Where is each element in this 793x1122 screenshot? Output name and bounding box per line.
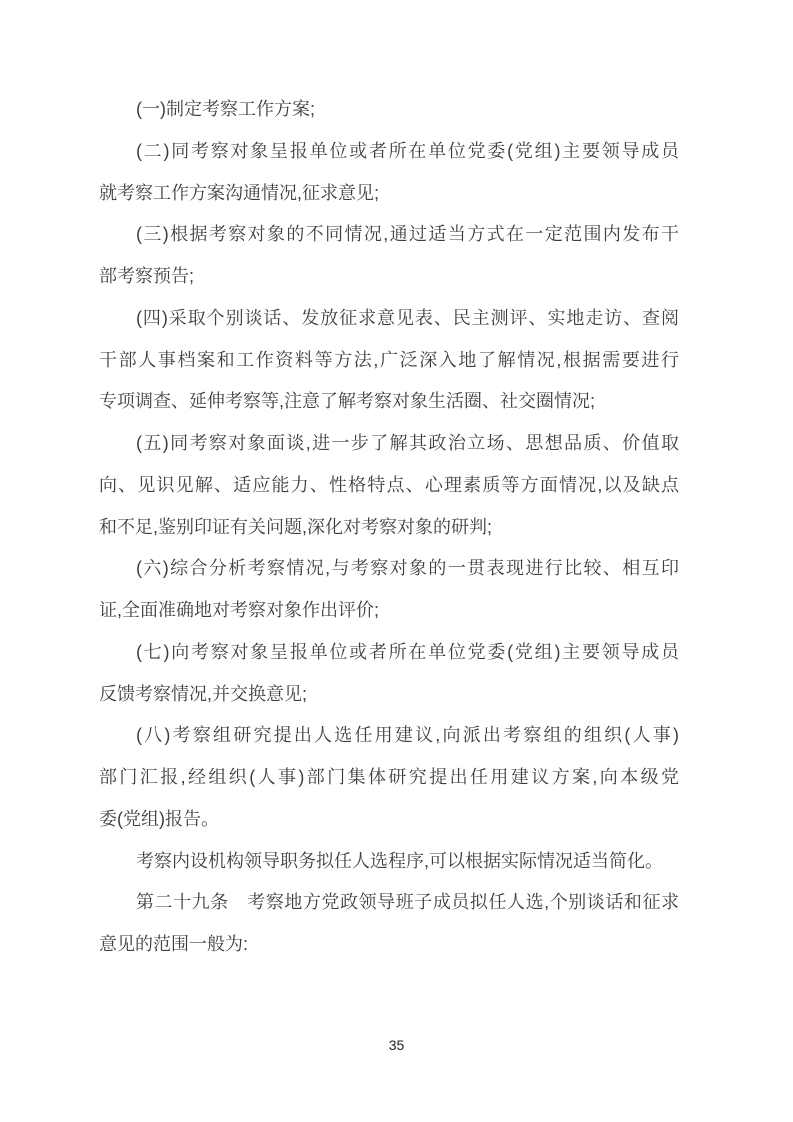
document-body: (一)制定考察工作方案;(二)同考察对象呈报单位或者所在单位党委(党组)主要领导… xyxy=(99,89,679,966)
paragraph: (三)根据考察对象的不同情况,通过适当方式在一定范围内发布干部考察预告; xyxy=(99,214,679,298)
text-line: (五)同考察对象面谈,进一步了解其政治立场、思想品质、价值取 xyxy=(99,423,679,465)
paragraph: 第二十九条 考察地方党政领导班子成员拟任人选,个别谈话和征求意见的范围一般为: xyxy=(99,882,679,966)
text-line: (八)考察组研究提出人选任用建议,向派出考察组的组织(人事) xyxy=(99,715,679,757)
paragraph: (六)综合分析考察情况,与考察对象的一贯表现进行比较、相互印证,全面准确地对考察… xyxy=(99,548,679,632)
text-line: (二)同考察对象呈报单位或者所在单位党委(党组)主要领导成员 xyxy=(99,131,679,173)
text-line: (六)综合分析考察情况,与考察对象的一贯表现进行比较、相互印 xyxy=(99,548,679,590)
paragraph: (二)同考察对象呈报单位或者所在单位党委(党组)主要领导成员就考察工作方案沟通情… xyxy=(99,131,679,215)
text-line: 部考察预告; xyxy=(99,256,679,298)
text-line: (三)根据考察对象的不同情况,通过适当方式在一定范围内发布干 xyxy=(99,214,679,256)
text-line: 部门汇报,经组织(人事)部门集体研究提出任用建议方案,向本级党 xyxy=(99,757,679,799)
paragraph: (八)考察组研究提出人选任用建议,向派出考察组的组织(人事)部门汇报,经组织(人… xyxy=(99,715,679,840)
text-line: (七)向考察对象呈报单位或者所在单位党委(党组)主要领导成员 xyxy=(99,632,679,674)
text-line: 意见的范围一般为: xyxy=(99,924,679,966)
text-line: (一)制定考察工作方案; xyxy=(99,89,679,131)
text-line: 专项调查、延伸考察等,注意了解考察对象生活圈、社交圈情况; xyxy=(99,381,679,423)
text-line: 干部人事档案和工作资料等方法,广泛深入地了解情况,根据需要进行 xyxy=(99,340,679,382)
text-line: 和不足,鉴别印证有关问题,深化对考察对象的研判; xyxy=(99,507,679,549)
page-number: 35 xyxy=(0,1036,793,1054)
text-line: 反馈考察情况,并交换意见; xyxy=(99,674,679,716)
paragraph: (七)向考察对象呈报单位或者所在单位党委(党组)主要领导成员反馈考察情况,并交换… xyxy=(99,632,679,716)
text-line: 考察内设机构领导职务拟任人选程序,可以根据实际情况适当简化。 xyxy=(99,841,679,883)
document-page: (一)制定考察工作方案;(二)同考察对象呈报单位或者所在单位党委(党组)主要领导… xyxy=(0,0,793,1122)
text-line: 就考察工作方案沟通情况,征求意见; xyxy=(99,173,679,215)
text-line: 第二十九条 考察地方党政领导班子成员拟任人选,个别谈话和征求 xyxy=(99,882,679,924)
paragraph: (四)采取个别谈话、发放征求意见表、民主测评、实地走访、查阅干部人事档案和工作资… xyxy=(99,298,679,423)
text-line: (四)采取个别谈话、发放征求意见表、民主测评、实地走访、查阅 xyxy=(99,298,679,340)
text-line: 证,全面准确地对考察对象作出评价; xyxy=(99,590,679,632)
paragraph: 考察内设机构领导职务拟任人选程序,可以根据实际情况适当简化。 xyxy=(99,841,679,883)
text-line: 向、见识见解、适应能力、性格特点、心理素质等方面情况,以及缺点 xyxy=(99,465,679,507)
paragraph: (一)制定考察工作方案; xyxy=(99,89,679,131)
text-line: 委(党组)报告。 xyxy=(99,799,679,841)
paragraph: (五)同考察对象面谈,进一步了解其政治立场、思想品质、价值取向、见识见解、适应能… xyxy=(99,423,679,548)
